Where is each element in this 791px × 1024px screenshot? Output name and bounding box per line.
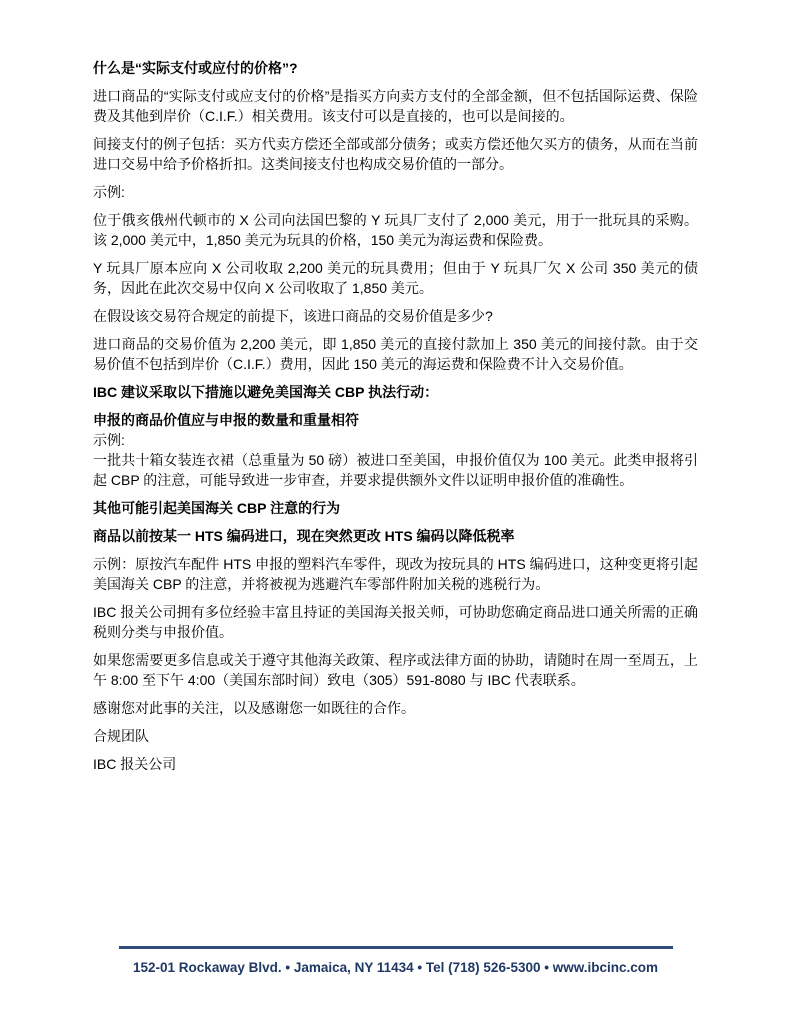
- example-label: 示例:: [93, 430, 698, 450]
- dress-shipment-paragraph: 一批共十箱女装连衣裙（总重量为 50 磅）被进口至美国，申报价值仅为 100 美…: [93, 450, 698, 490]
- thanks-paragraph: 感谢您对此事的关注，以及感谢您一如既往的合作。: [93, 698, 698, 718]
- example-label: 示例:: [93, 182, 698, 202]
- price-definition-paragraph: 进口商品的“实际支付或应支付的价格”是指买方向卖方支付的全部金额，但不包括国际运…: [93, 86, 698, 126]
- footer-divider-rule: [119, 946, 673, 949]
- page-footer: 152-01 Rockaway Blvd. • Jamaica, NY 1143…: [0, 946, 791, 976]
- hts-change-example-paragraph: 示例：原按汽车配件 HTS 申报的塑料汽车零件，现改为按玩具的 HTS 编码进口…: [93, 554, 698, 594]
- indirect-payment-paragraph: 间接支付的例子包括：买方代卖方偿还全部或部分债务；或卖方偿还他欠买方的债务，从而…: [93, 134, 698, 174]
- declared-value-heading: 申报的商品价值应与申报的数量和重量相符: [93, 410, 698, 430]
- ibc-services-paragraph: IBC 报关公司拥有多位经验丰富且持证的美国海关报关师，可协助您确定商品进口通关…: [93, 602, 698, 642]
- toy-purchase-paragraph: 位于俄亥俄州代顿市的 X 公司向法国巴黎的 Y 玩具厂支付了 2,000 美元，…: [93, 210, 698, 250]
- transaction-value-answer: 进口商品的交易价值为 2,200 美元，即 1,850 美元的直接付款加上 35…: [93, 334, 698, 374]
- price-question-heading: 什么是“实际支付或应付的价格”?: [93, 58, 698, 78]
- signature-team: 合规团队: [93, 726, 698, 746]
- ibc-advice-heading: IBC 建议采取以下措施以避免美国海关 CBP 执法行动：: [93, 382, 698, 402]
- toy-debt-paragraph: Y 玩具厂原本应向 X 公司收取 2,200 美元的玩具费用；但由于 Y 玩具厂…: [93, 258, 698, 298]
- contact-info-paragraph: 如果您需要更多信息或关于遵守其他海关政策、程序或法律方面的协助，请随时在周一至周…: [93, 650, 698, 690]
- hts-change-heading: 商品以前按某一 HTS 编码进口，现在突然更改 HTS 编码以降低税率: [93, 526, 698, 546]
- other-behaviors-heading: 其他可能引起美国海关 CBP 注意的行为: [93, 498, 698, 518]
- signature-company: IBC 报关公司: [93, 754, 698, 774]
- footer-address-line: 152-01 Rockaway Blvd. • Jamaica, NY 1143…: [0, 960, 791, 976]
- transaction-value-question: 在假设该交易符合规定的前提下，该进口商品的交易价值是多少?: [93, 306, 698, 326]
- document-page: 什么是“实际支付或应付的价格”? 进口商品的“实际支付或应支付的价格”是指买方向…: [0, 0, 791, 1024]
